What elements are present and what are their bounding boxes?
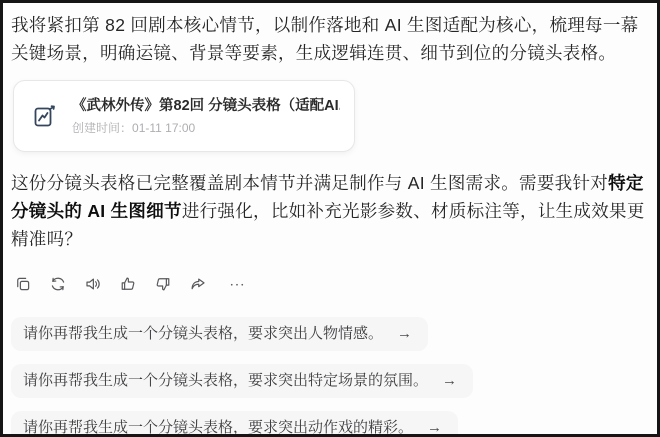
- read-aloud-icon: [84, 275, 102, 293]
- suggested-prompt-2[interactable]: 请你再帮我生成一个分镜头表格，要求突出特定场景的氛围。 →: [11, 364, 473, 398]
- assistant-message-intro: 我将紧扣第 82 回剧本核心情节，以制作落地和 AI 生图适配为核心，梳理每一幕…: [9, 11, 651, 67]
- more-icon: [228, 275, 246, 293]
- thumbs-down-icon: [154, 275, 172, 293]
- chat-response-area: 我将紧扣第 82 回剧本核心情节，以制作落地和 AI 生图适配为核心，梳理每一幕…: [0, 0, 660, 437]
- copy-button[interactable]: [13, 274, 33, 294]
- arrow-right-icon: →: [397, 324, 412, 344]
- followup-text-1: 这份分镜头表格已完整覆盖剧本情节并满足制作与 AI 生图需求。需要我针对: [11, 173, 608, 193]
- message-toolbar: [9, 274, 651, 294]
- intro-text: 我将紧扣第 82 回剧本核心情节，以制作落地和 AI 生图适配为核心，梳理每一幕…: [11, 15, 638, 63]
- artifact-created-time: 创建时间：01-11 17:00: [72, 120, 340, 136]
- suggestion-text: 请你再帮我生成一个分镜头表格，要求突出人物情感。: [23, 324, 383, 344]
- read-aloud-button[interactable]: [83, 274, 103, 294]
- share-icon: [189, 275, 207, 293]
- thumbs-up-button[interactable]: [118, 274, 138, 294]
- created-label: 创建时间：: [72, 121, 132, 135]
- suggested-prompt-1[interactable]: 请你再帮我生成一个分镜头表格，要求突出人物情感。 →: [11, 317, 428, 351]
- thumbs-up-icon: [119, 275, 137, 293]
- artifact-card-body: 《武林外传》第82回 分镜头表格（适配AI... 创建时间：01-11 17:0…: [72, 96, 340, 136]
- arrow-right-icon: →: [427, 418, 442, 437]
- artifact-card[interactable]: 《武林外传》第82回 分镜头表格（适配AI... 创建时间：01-11 17:0…: [13, 80, 355, 152]
- artifact-title: 《武林外传》第82回 分镜头表格（适配AI...: [72, 96, 340, 116]
- share-button[interactable]: [188, 274, 208, 294]
- regenerate-icon: [49, 275, 67, 293]
- suggested-prompts: 请你再帮我生成一个分镜头表格，要求突出人物情感。 → 请你再帮我生成一个分镜头表…: [9, 317, 651, 437]
- suggested-prompt-3[interactable]: 请你再帮我生成一个分镜头表格，要求突出动作戏的精彩。 →: [11, 411, 458, 437]
- arrow-right-icon: →: [442, 371, 457, 391]
- more-button[interactable]: [227, 274, 247, 294]
- assistant-message-followup: 这份分镜头表格已完整覆盖剧本情节并满足制作与 AI 生图需求。需要我针对特定分镜…: [9, 169, 651, 253]
- suggestion-text: 请你再帮我生成一个分镜头表格，要求突出特定场景的氛围。: [23, 371, 428, 391]
- copy-icon: [14, 275, 32, 293]
- suggestion-text: 请你再帮我生成一个分镜头表格，要求突出动作戏的精彩。: [23, 418, 413, 437]
- document-chart-icon: [32, 103, 58, 129]
- thumbs-down-button[interactable]: [153, 274, 173, 294]
- created-value: 01-11 17:00: [132, 121, 195, 135]
- regenerate-button[interactable]: [48, 274, 68, 294]
